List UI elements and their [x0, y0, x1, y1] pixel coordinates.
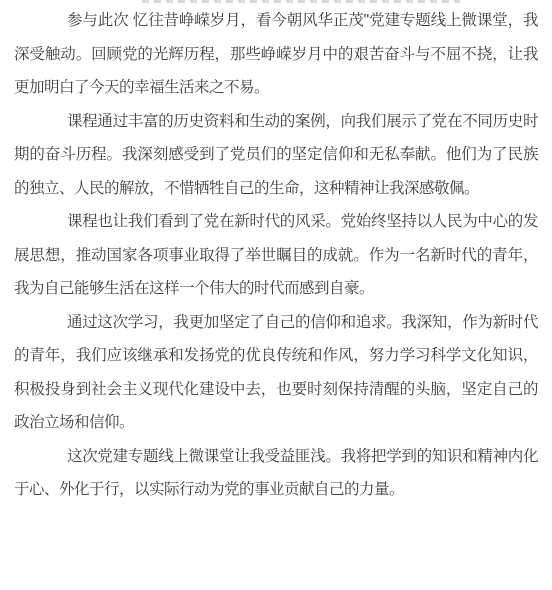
- paragraph-learning-belief: 通过这次学习，我更加坚定了自己的信仰和追求。我深知，作为新时代的青年，我们应该继…: [14, 306, 538, 440]
- paragraph-course-history: 课程通过丰富的历史资料和生动的案例，向我们展示了党在不同历史时期的奋斗历程。我深…: [14, 105, 538, 206]
- paragraph-new-era: 课程也让我们看到了党在新时代的风采。党始终坚持以人民为中心的发展思想，推动国家各…: [14, 205, 538, 306]
- document-body: 参与此次 忆往昔峥嵘岁月，看今朝风华正茂"党建专题线上微课堂，我深受触动。回顾党…: [14, 4, 538, 507]
- clipped-text-top-edge: [142, 0, 460, 3]
- paragraph-conclusion: 这次党建专题线上微课堂让我受益匪浅。我将把学到的知识和精神内化于心、外化于行，以…: [14, 440, 538, 507]
- paragraph-intro: 参与此次 忆往昔峥嵘岁月，看今朝风华正茂"党建专题线上微课堂，我深受触动。回顾党…: [14, 4, 538, 105]
- document-page: 参与此次 忆往昔峥嵘岁月，看今朝风华正茂"党建专题线上微课堂，我深受触动。回顾党…: [0, 0, 552, 590]
